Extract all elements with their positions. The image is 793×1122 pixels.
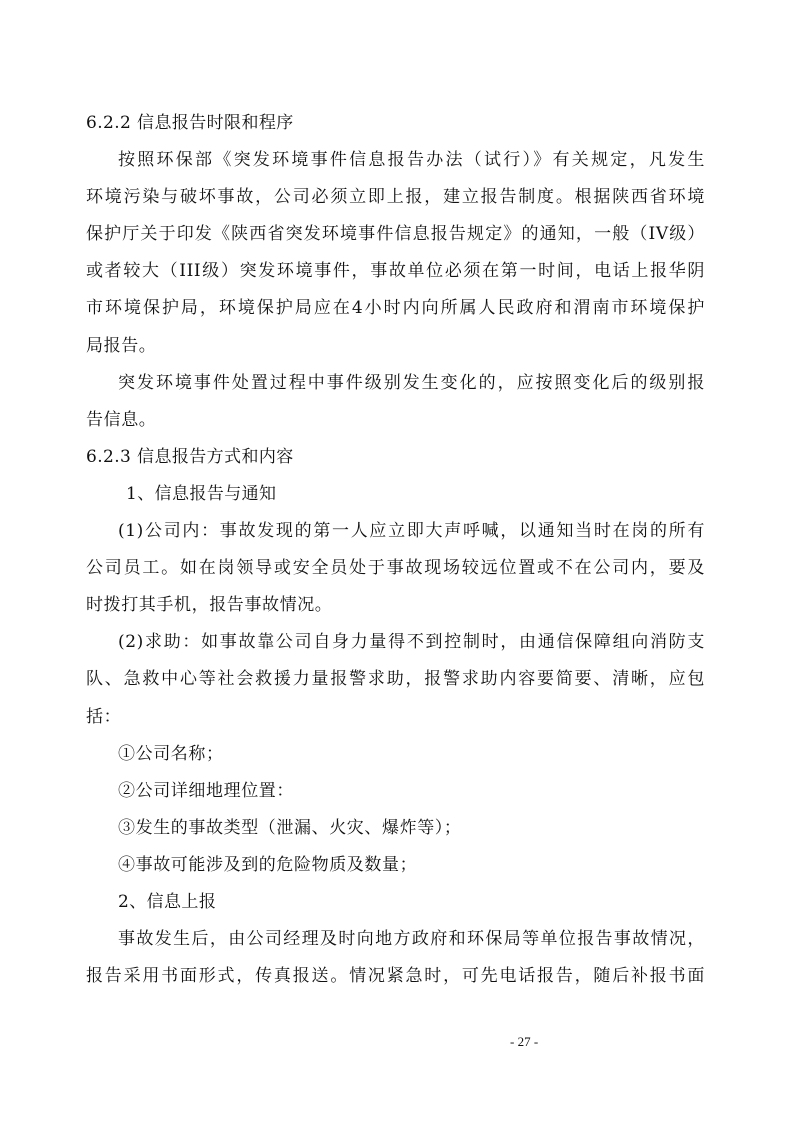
paragraph-level-change: 突发环境事件处置过程中事件级别发生变化的，应按照变化后的级别报 告信息。 — [86, 365, 705, 439]
alarm-content-list: ①公司名称； ②公司详细地理位置： ③发生的事故类型（泄漏、火灾、爆炸等）； ④… — [86, 736, 705, 884]
text-line: 保护厅关于印发《陕西省突发环境事件信息报告规定》的通知，一般（IV级） — [86, 216, 705, 253]
subheading-notification: 1、信息报告与通知 — [86, 476, 705, 513]
list-item: ②公司详细地理位置： — [86, 773, 705, 810]
paragraph-request-help: (2)求助：如事故靠公司自身力量得不到控制时，由通信保障组向消防支 队、急救中心… — [86, 624, 705, 735]
list-item: ③发生的事故类型（泄漏、火灾、爆炸等）； — [86, 810, 705, 847]
paragraph-internal-notice: (1)公司内：事故发现的第一人应立即大声呼喊，以通知当时在岗的所有 公司员工。如… — [86, 513, 705, 624]
text-line: 告信息。 — [86, 402, 705, 439]
text-line: (2)求助：如事故靠公司自身力量得不到控制时，由通信保障组向消防支 — [86, 624, 705, 661]
paragraph-reporting-rules: 按照环保部《突发环境事件信息报告办法（试行）》有关规定，凡发生 环境污染与破坏事… — [86, 142, 705, 365]
list-item: ④事故可能涉及到的危险物质及数量； — [86, 847, 705, 884]
section-heading-6-2-3: 6.2.3 信息报告方式和内容 — [86, 439, 705, 476]
text-line: (1)公司内：事故发现的第一人应立即大声呼喊，以通知当时在岗的所有 — [86, 513, 705, 550]
text-line: 报告采用书面形式，传真报送。情况紧急时，可先电话报告，随后补报书面 — [86, 958, 705, 995]
text-line: 公司员工。如在岗领导或安全员处于事故现场较远位置或不在公司内，要及 — [86, 550, 705, 587]
text-line: 时拨打其手机，报告事故情况。 — [86, 587, 705, 624]
section-heading-6-2-2: 6.2.2 信息报告时限和程序 — [86, 105, 705, 142]
subheading-report-up: 2、信息上报 — [86, 884, 705, 921]
text-line: 环境污染与破坏事故，公司必须立即上报，建立报告制度。根据陕西省环境 — [86, 179, 705, 216]
text-line: 突发环境事件处置过程中事件级别发生变化的，应按照变化后的级别报 — [86, 365, 705, 402]
text-line: 按照环保部《突发环境事件信息报告办法（试行）》有关规定，凡发生 — [86, 142, 705, 179]
text-line: 括： — [86, 699, 705, 736]
paragraph-report-up: 事故发生后，由公司经理及时向地方政府和环保局等单位报告事故情况， 报告采用书面形… — [86, 921, 705, 995]
text-line: 或者较大（III级）突发环境事件，事故单位必须在第一时间，电话上报华阴 — [86, 253, 705, 290]
text-line: 市环境保护局，环境保护局应在4小时内向所属人民政府和渭南市环境保护 — [86, 290, 705, 327]
page-number: - 27 - — [0, 1034, 793, 1050]
document-page: 6.2.2 信息报告时限和程序 按照环保部《突发环境事件信息报告办法（试行）》有… — [0, 0, 793, 1122]
text-line: 局报告。 — [86, 328, 705, 365]
page-content: 6.2.2 信息报告时限和程序 按照环保部《突发环境事件信息报告办法（试行）》有… — [86, 105, 705, 995]
text-line: 队、急救中心等社会救援力量报警求助，报警求助内容要简要、清晰，应包 — [86, 661, 705, 698]
text-line: 事故发生后，由公司经理及时向地方政府和环保局等单位报告事故情况， — [86, 921, 705, 958]
list-item: ①公司名称； — [86, 736, 705, 773]
